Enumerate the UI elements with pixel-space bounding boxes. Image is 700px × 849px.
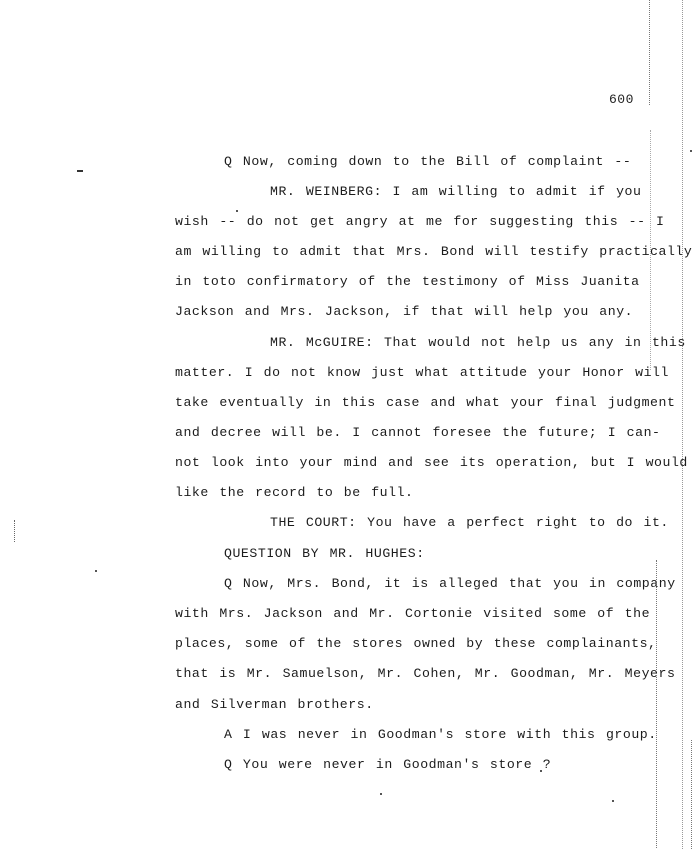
transcript-line: matter. I do not know just what attitude… <box>175 365 669 380</box>
scan-edge-artifact <box>656 560 658 849</box>
scan-edge-artifact <box>14 520 15 542</box>
scan-speck <box>380 793 382 795</box>
transcript-line: MR. McGUIRE: That would not help us any … <box>270 335 686 350</box>
transcript-line: like the record to be full. <box>175 485 414 500</box>
scan-edge-artifact <box>649 0 651 105</box>
transcript-line: MR. WEINBERG: I am willing to admit if y… <box>270 184 641 199</box>
transcript-line: wish -- do not get angry at me for sugge… <box>175 214 665 229</box>
scan-speck <box>236 210 238 212</box>
page-number: 600 <box>609 92 634 107</box>
scan-speck <box>540 770 542 772</box>
scan-edge-artifact <box>682 0 684 849</box>
transcript-line: and decree will be. I cannot foresee the… <box>175 425 661 440</box>
transcript-line: that is Mr. Samuelson, Mr. Cohen, Mr. Go… <box>175 666 675 681</box>
transcript-line: A I was never in Goodman's store with th… <box>224 727 657 742</box>
transcript-line: not look into your mind and see its oper… <box>175 455 688 470</box>
transcript-line: am willing to admit that Mrs. Bond will … <box>175 244 692 259</box>
transcript-line: QUESTION BY MR. HUGHES: <box>224 546 425 561</box>
scan-edge-artifact <box>691 740 693 849</box>
transcript-line: places, some of the stores owned by thes… <box>175 636 657 651</box>
transcript-line: THE COURT: You have a perfect right to d… <box>270 515 669 530</box>
transcript-line: Q Now, coming down to the Bill of compla… <box>224 154 631 169</box>
transcript-line: with Mrs. Jackson and Mr. Cortonie visit… <box>175 606 650 621</box>
transcript-line: Q You were never in Goodman's store ? <box>224 757 551 772</box>
scan-edge-artifact <box>650 130 652 370</box>
scan-speck <box>612 800 614 802</box>
transcript-line: Q Now, Mrs. Bond, it is alleged that you… <box>224 576 676 591</box>
scan-speck <box>690 150 692 152</box>
transcript-line: Jackson and Mrs. Jackson, if that will h… <box>175 304 633 319</box>
scan-speck <box>95 570 97 572</box>
scan-speck <box>77 170 83 172</box>
transcript-line: take eventually in this case and what yo… <box>175 395 675 410</box>
transcript-page: 600 Q Now, coming down to the Bill of co… <box>0 0 700 849</box>
transcript-line: and Silverman brothers. <box>175 697 374 712</box>
transcript-line: in toto confirmatory of the testimony of… <box>175 274 640 289</box>
